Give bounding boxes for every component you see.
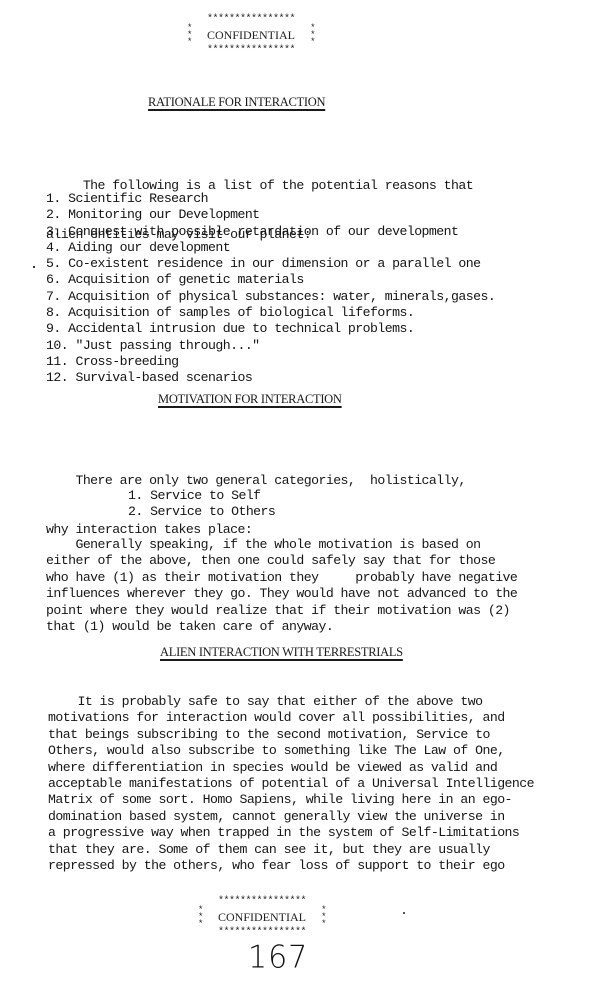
heading-motivation: MOTIVATION FOR INTERACTION: [158, 392, 342, 407]
reason-item: 10. "Just passing through...": [46, 338, 495, 354]
heading-rationale: RATIONALE FOR INTERACTION: [148, 95, 325, 110]
stamp-border-right: ***: [310, 25, 315, 46]
alien-interaction-paragraph: It is probably safe to say that either o…: [48, 694, 534, 874]
stamp-border-top: ****************: [198, 897, 326, 906]
stamp-border-left: ***: [187, 25, 192, 46]
confidential-stamp-bottom: **************** *** CONFIDENTIAL *** **…: [198, 897, 326, 937]
paragraph-line: who have (1) as their motivation they pr…: [46, 570, 517, 586]
reason-item: 5. Co-existent residence in our dimensio…: [46, 256, 495, 272]
categories-list: 1. Service to Self2. Service to Others: [128, 488, 275, 521]
paragraph-line: a progressive way when trapped in the sy…: [48, 825, 534, 841]
paragraph-line: that (1) would be taken care of anyway.: [46, 619, 517, 635]
paragraph-line: Generally speaking, if the whole motivat…: [46, 537, 517, 553]
reason-item: 1. Scientific Research: [46, 191, 495, 207]
paragraph-line: repressed by the others, who fear loss o…: [48, 858, 534, 874]
paragraph-line: either of the above, then one could safe…: [46, 553, 517, 569]
paragraph-line: point where they would realize that if t…: [46, 603, 517, 619]
stamp-border-left: ***: [198, 907, 203, 928]
reasons-list: 1. Scientific Research2. Monitoring our …: [46, 191, 495, 387]
reason-item: 4. Aiding our development: [46, 240, 495, 256]
heading-alien-interaction: ALIEN INTERACTION WITH TERRESTRIALS: [160, 645, 403, 660]
confidential-label: CONFIDENTIAL: [218, 913, 306, 922]
paragraph-line: influences wherever they go. They would …: [46, 586, 517, 602]
reason-item: 11. Cross-breeding: [46, 354, 495, 370]
paragraph-line: Matrix of some sort. Homo Sapiens, while…: [48, 792, 534, 808]
paragraph-line: that they are. Some of them can see it, …: [48, 842, 534, 858]
scan-speck: [33, 266, 35, 268]
stamp-border-bottom: ****************: [187, 46, 315, 55]
paragraph-line: Others, would also subscribe to somethin…: [48, 743, 534, 759]
intro-line: why interaction takes place:: [46, 522, 466, 538]
paragraph-line: motivations for interaction would cover …: [48, 710, 534, 726]
scan-speck: [403, 912, 405, 914]
reason-item: 2. Monitoring our Development: [46, 207, 495, 223]
paragraph-line: domination based system, cannot generall…: [48, 809, 534, 825]
reason-item: 12. Survival-based scenarios: [46, 370, 495, 386]
reason-item: 8. Acquisition of samples of biological …: [46, 305, 495, 321]
reason-item: 3. Conquest with possible retardation of…: [46, 224, 495, 240]
paragraph-line: that beings subscribing to the second mo…: [48, 727, 534, 743]
motivation-paragraph: Generally speaking, if the whole motivat…: [46, 537, 517, 635]
category-item: 2. Service to Others: [128, 504, 275, 520]
reason-item: 6. Acquisition of genetic materials: [46, 272, 495, 288]
paragraph-line: where differentiation in species would b…: [48, 760, 534, 776]
stamp-border-bottom: ****************: [198, 928, 326, 937]
stamp-border-right: ***: [321, 907, 326, 928]
confidential-stamp-top: **************** *** CONFIDENTIAL *** **…: [187, 15, 315, 55]
stamp-border-top: ****************: [187, 15, 315, 24]
handwritten-page-number: 167: [248, 939, 308, 976]
category-item: 1. Service to Self: [128, 488, 275, 504]
intro-line: There are only two general categories, h…: [46, 473, 466, 489]
paragraph-line: acceptable manifestations of potential o…: [48, 776, 534, 792]
paragraph-line: It is probably safe to say that either o…: [48, 694, 534, 710]
reason-item: 9. Accidental intrusion due to technical…: [46, 321, 495, 337]
confidential-label: CONFIDENTIAL: [207, 31, 295, 40]
reason-item: 7. Acquisition of physical substances: w…: [46, 289, 495, 305]
